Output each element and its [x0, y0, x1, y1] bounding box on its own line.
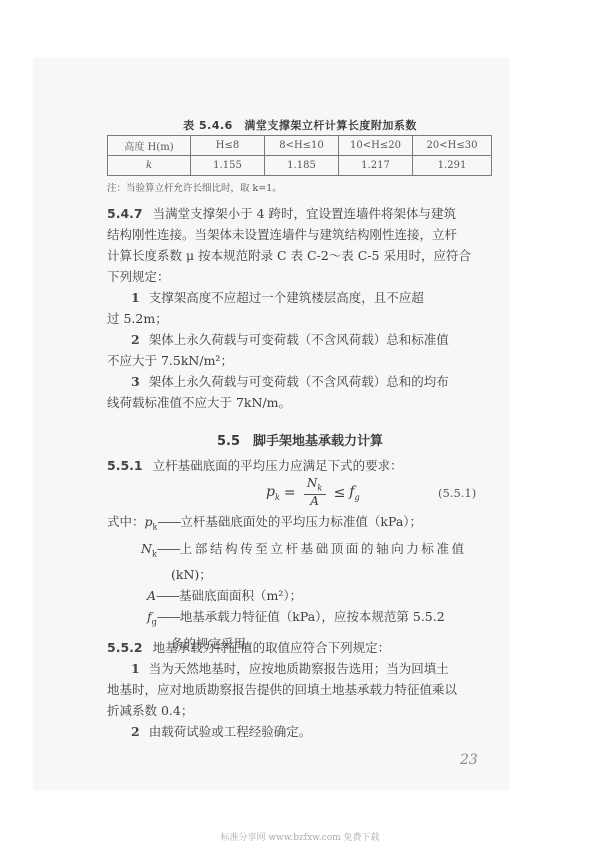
item-text: 过 5.2m；: [107, 308, 471, 329]
list-item: 1当为天然地基时，应按地质勘察报告选用；当为回填土: [107, 658, 457, 679]
clause-text: 下列规定：: [107, 266, 471, 287]
symbol-definitions: 式中：pk——立杆基础底面处的平均压力标准值（kPa）； Nk——上部结构传至立…: [107, 511, 467, 654]
clause-number: 5.4.7: [107, 206, 143, 221]
item-text: 架体上永久荷载与可变荷载（不含风荷载）总和标准值: [149, 332, 449, 347]
list-item: 3架体上永久荷载与可变荷载（不含风荷载）总和的均布: [107, 371, 471, 392]
section-title: 5.5 脚手架地基承载力计算: [0, 430, 600, 449]
definition-text: 上部结构传至立杆基础顶面的轴向力标准值: [180, 541, 467, 556]
relation-sign: ≤: [334, 485, 346, 501]
table-cell: 1.291: [413, 156, 492, 176]
table-header-cell: 20<H≤30: [413, 136, 492, 156]
symbol: A: [147, 588, 156, 603]
table-cell: 1.155: [191, 156, 265, 176]
clause-5-4-7: 5.4.7当满堂支撑架小于 4 跨时，宜设置连墙件将架体与建筑 结构刚性连接。当…: [107, 203, 471, 413]
item-text: 架体上永久荷载与可变荷载（不含风荷载）总和的均布: [149, 374, 449, 389]
formula-rhs: fg: [349, 484, 359, 502]
clause-text: 地基承载力特征值的取值应符合下列规定：: [153, 640, 391, 655]
table-header-cell: H≤8: [191, 136, 265, 156]
item-text: 折减系数 0.4；: [107, 700, 457, 721]
footer-watermark: 标准分享网 www.bzfxw.com 免费下载: [0, 830, 600, 843]
item-number: 2: [131, 724, 140, 739]
definition-row: 式中：pk——立杆基础底面处的平均压力标准值（kPa）；: [107, 511, 467, 538]
item-number: 1: [131, 661, 140, 676]
table-cell: k: [108, 156, 191, 176]
definition-row: A——基础底面面积（m²）；: [107, 585, 467, 606]
table-row: k 1.155 1.185 1.217 1.291: [108, 156, 492, 176]
table-header-cell: 10<H≤20: [339, 136, 413, 156]
numerator: Nk: [307, 477, 322, 494]
table-header-cell: 高度 H(m): [108, 136, 191, 156]
item-text: 支撑架高度不应超过一个建筑楼层高度，且不应超: [149, 290, 424, 305]
table-title: 表 5.4.6 满堂支撑架立杆计算长度附加系数: [0, 117, 600, 133]
denominator: A: [310, 495, 319, 508]
equals-sign: =: [284, 485, 296, 501]
list-item: 2架体上永久荷载与可变荷载（不含风荷载）总和标准值: [107, 329, 471, 350]
definition-text: 地基承载力特征值（kPa），应按本规范第 5.5.2: [180, 609, 445, 624]
formula-5-5-1: pk = Nk A ≤ fg: [266, 477, 360, 508]
symbol: N: [141, 541, 152, 556]
definition-text: (kN)；: [107, 564, 467, 585]
clause-5-5-1: 5.5.1立杆基础底面的平均压力应满足下式的要求：: [107, 455, 403, 476]
table-note: 注：当验算立杆允许长细比时，取 k=1。: [107, 180, 282, 194]
item-text: 地基时，应对地质勘察报告提供的回填土地基承载力特征值乘以: [107, 679, 457, 700]
definition-row: fg——地基承载力特征值（kPa），应按本规范第 5.5.2: [107, 606, 467, 633]
item-text: 不应大于 7.5kN/m²；: [107, 350, 471, 371]
list-item: 2由载荷试验或工程经验确定。: [107, 721, 457, 742]
coefficient-table: 高度 H(m) H≤8 8<H≤10 10<H≤20 20<H≤30 k 1.1…: [107, 135, 492, 176]
item-text: 线荷载标准值不应大于 7kN/m。: [107, 392, 471, 413]
table-header-row: 高度 H(m) H≤8 8<H≤10 10<H≤20 20<H≤30: [108, 136, 492, 156]
clause-number: 5.5.1: [107, 458, 143, 473]
clause-text: 当满堂支撑架小于 4 跨时，宜设置连墙件将架体与建筑: [153, 206, 456, 221]
definition-text: 基础底面面积（m²）；: [179, 588, 302, 603]
table-header-cell: 8<H≤10: [265, 136, 339, 156]
item-number: 1: [131, 290, 140, 305]
item-text: 当为天然地基时，应按地质勘察报告选用；当为回填土: [149, 661, 449, 676]
where-label: 式中：: [107, 514, 145, 529]
page-number: 23: [460, 752, 478, 768]
symbol: p: [145, 514, 153, 529]
equation-number: (5.5.1): [438, 486, 476, 500]
table-cell: 1.185: [265, 156, 339, 176]
clause-text: 结构刚性连接。当架体未设置连墙件与建筑结构刚性连接，立杆: [107, 224, 471, 245]
clause-5-5-2: 5.5.2地基承载力特征值的取值应符合下列规定： 1当为天然地基时，应按地质勘察…: [107, 637, 457, 742]
definition-text: 立杆基础底面处的平均压力标准值（kPa）；: [180, 514, 422, 529]
item-number: 3: [131, 374, 140, 389]
definition-row: Nk——上部结构传至立杆基础顶面的轴向力标准值: [107, 538, 467, 565]
fraction: Nk A: [304, 477, 326, 508]
table-cell: 1.217: [339, 156, 413, 176]
clause-number: 5.5.2: [107, 640, 143, 655]
clause-text: 立杆基础底面的平均压力应满足下式的要求：: [153, 458, 403, 473]
list-item: 1支撑架高度不应超过一个建筑楼层高度，且不应超: [107, 287, 471, 308]
item-text: 由载荷试验或工程经验确定。: [149, 724, 312, 739]
clause-text: 计算长度系数 μ 按本规范附录 C 表 C-2～表 C-5 采用时，应符合: [107, 245, 471, 266]
formula-lhs: pk: [266, 484, 280, 502]
item-number: 2: [131, 332, 140, 347]
